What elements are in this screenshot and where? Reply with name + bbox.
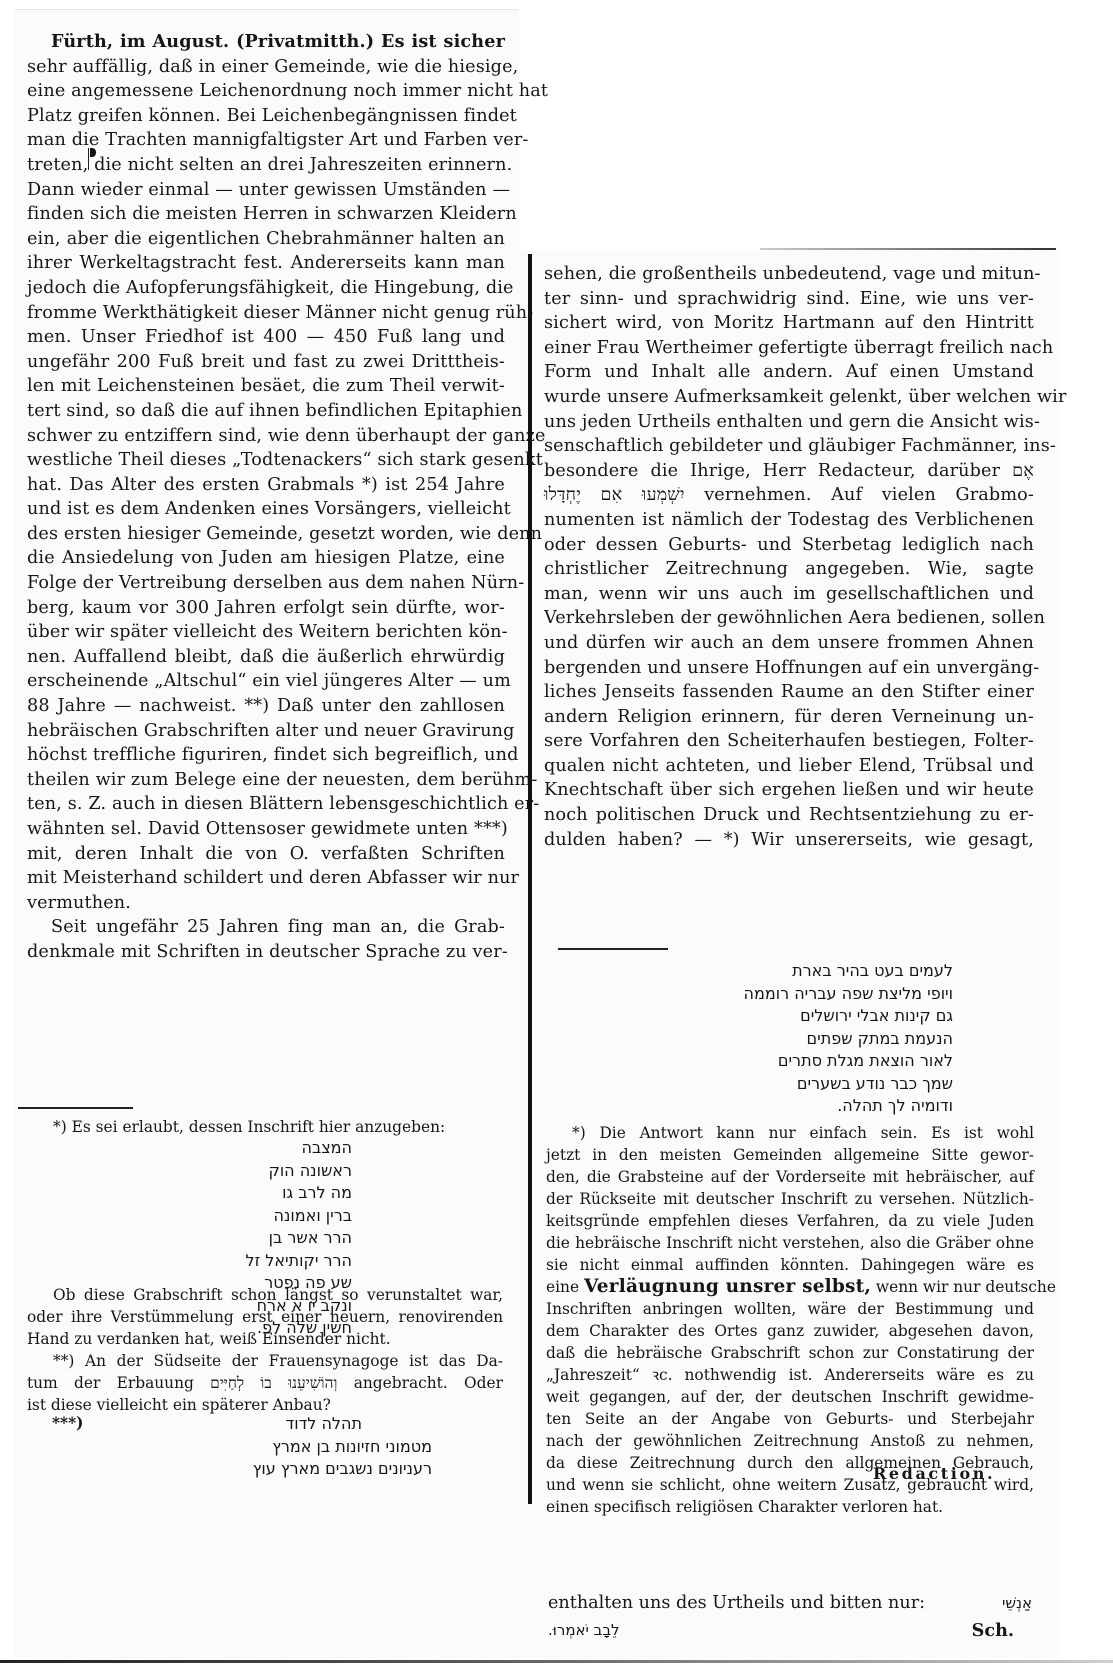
closing-text: enthalten uns des Urtheils und bitten nu… <box>548 1593 925 1613</box>
closing-lines: enthalten uns des Urtheils und bitten nu… <box>548 1590 1032 1644</box>
footnote-line: „Jahreszeit“ ꝛc. nothwendig ist. Anderer… <box>546 1364 1034 1386</box>
article-line: treten, die nicht selten an drei Jahresz… <box>27 153 505 178</box>
footnote-line: weit gegangen, auf der, der deutschen In… <box>546 1386 1034 1408</box>
scanned-newspaper-page: Fürth, im August. (Privatmitth.) Es ist … <box>0 0 1113 1671</box>
article-line: mit Meisterhand schildert und deren Abfa… <box>27 866 505 891</box>
article-line: ten, s. Z. auch in diesen Blättern leben… <box>27 792 505 817</box>
article-line: die Ansiedelung von Juden am hiesigen Pl… <box>27 546 505 571</box>
article-line: senschaftlich gebildeter und gläubiger F… <box>544 434 1034 459</box>
footnote-line: der Rückseite mit deutscher Inschrift zu… <box>546 1188 1034 1210</box>
article-line: erscheinende „Altschul“ ein viel jüngere… <box>27 669 505 694</box>
article-line: Knechtschaft über sich ergehen ließen un… <box>544 778 1034 803</box>
footnote-separator <box>558 948 668 950</box>
article-line: dulden haben? — *) Wir unsererseits, wie… <box>544 828 1034 853</box>
footnote-line: Ob diese Grabschrift schon längst so ver… <box>27 1284 503 1306</box>
article-line: nen. Auffallend bleibt, daß die äußerlic… <box>27 645 505 670</box>
article-line: finden sich die meisten Herren in schwar… <box>27 202 505 227</box>
article-line: qualen nicht achteten, und lieber Elend,… <box>544 754 1034 779</box>
article-line: sehen, die großentheils unbedeutend, vag… <box>544 262 1034 287</box>
hebrew-line: ויופי מליצת שפה עבריה רוממה <box>620 983 953 1006</box>
article-line: schwer zu entziffern sind, wie denn über… <box>27 424 505 449</box>
left-column-article: Fürth, im August. (Privatmitth.) Es ist … <box>27 30 505 965</box>
editor-signature: Redaction. <box>873 1464 995 1483</box>
closing-hebrew: לֵבָב יֹאמְרוּ. <box>548 1621 620 1639</box>
footnote-line: **) An der Südseite der Frauensynagoge i… <box>27 1350 503 1372</box>
article-line: und ist es dem Andenken eines Vorsängers… <box>27 497 505 522</box>
article-line: sere Vorfahren den Scheiterhaufen bestie… <box>544 729 1034 754</box>
editorial-footnote: *) Die Antwort kann nur einfach sein. Es… <box>546 1122 1034 1518</box>
footnote-2: **) An der Südseite der Frauensynagoge i… <box>27 1350 503 1416</box>
hebrew-line: גם קינות אבלי ירושלים <box>620 1005 953 1028</box>
footnote-line: sie nicht einmal auffinden könnten. Dahi… <box>546 1254 1034 1276</box>
article-line-spaced: christlicher Zeitrechnung angegeben. Wie… <box>544 557 1034 582</box>
hebrew-line: הרר יקותיאל זל <box>200 1250 352 1273</box>
footnote-line: tum der Erbauung וְהוֹשִׁיעֵנוּ בוֹ לְחַ… <box>27 1372 503 1394</box>
footnote-line: daß die hebräische Grabschrift schon zur… <box>546 1342 1034 1364</box>
article-line: sehr auffällig, daß in einer Gemeinde, w… <box>27 55 505 80</box>
article-line: oder dessen Geburts- und Sterbetag ledig… <box>544 533 1034 558</box>
article-line: numenten ist nämlich der Todestag des Ve… <box>544 508 1034 533</box>
hebrew-line: תהלה לדוד <box>160 1413 432 1436</box>
footnote-1-commentary: Ob diese Grabschrift schon längst so ver… <box>27 1284 503 1350</box>
article-line: mit, deren Inhalt die von O. verfaßten S… <box>27 842 505 867</box>
article-line: men. Unser Friedhof ist 400 — 450 Fuß la… <box>27 325 505 350</box>
article-line: jedoch die Aufopferungsfähigkeit, die Hi… <box>27 276 505 301</box>
footnote-1-intro: *) Es sei erlaubt, dessen Inschrift hier… <box>27 1116 503 1138</box>
article-line: denkmale mit Schriften in deutscher Spra… <box>27 940 505 965</box>
hebrew-poem: לעמים בעט בהיר בארת ויופי מליצת שפה עברי… <box>620 960 953 1118</box>
article-line: Folge der Vertreibung derselben aus dem … <box>27 571 505 596</box>
right-column-article: sehen, die großentheils unbedeutend, vag… <box>544 262 1034 852</box>
article-line: wurde unsere Aufmerksamkeit gelenkt, übe… <box>544 385 1034 410</box>
footnote-line: jetzt in den meisten Gemeinden allgemein… <box>546 1144 1034 1166</box>
article-line: einer Frau Wertheimer gefertigte überrag… <box>544 336 1034 361</box>
footnote-text: eine <box>546 1278 584 1296</box>
footnote-line: *) Es sei erlaubt, dessen Inschrift hier… <box>27 1116 503 1138</box>
article-line: bergenden und unsere Hoffnungen auf ein … <box>544 656 1034 681</box>
column-divider <box>528 254 532 1504</box>
article-dateline-line: Fürth, im August. (Privatmitth.) Es ist … <box>27 30 505 55</box>
hebrew-inscription-3: תהלה לדוד מטמוני חזיונות בן אמרץ רעניוני… <box>160 1413 432 1481</box>
footnote-line: *) Die Antwort kann nur einfach sein. Es… <box>546 1122 1034 1144</box>
article-line: fromme Werkthätigkeit dieser Männer nich… <box>27 301 505 326</box>
closing-hebrew: אַנְשֵׁי <box>1002 1590 1032 1617</box>
article-line: liches Jenseits fassenden Raume an den S… <box>544 680 1034 705</box>
hebrew-line: המצבה <box>200 1137 352 1160</box>
footnote-line: die hebräische Inschrift nicht verstehen… <box>546 1232 1034 1254</box>
article-line: besondere die Ihrige, Herr Redacteur, da… <box>544 459 1034 484</box>
article-line: ihrer Werkeltagstracht fest. Andererseit… <box>27 251 505 276</box>
top-edge-rule <box>14 9 519 10</box>
footnote-separator <box>18 1107 133 1109</box>
hebrew-line: הנעמת במתק שפתים <box>620 1028 953 1051</box>
closing-line: enthalten uns des Urtheils und bitten nu… <box>548 1590 1032 1617</box>
footnote-line: Hand zu verdanken hat, weiß Einsender ni… <box>27 1328 503 1350</box>
article-line: theilen wir zum Belege eine der neuesten… <box>27 768 505 793</box>
article-line: ter sinn- und sprachwidrig sind. Eine, w… <box>544 287 1034 312</box>
article-line: hat. Das Alter des ersten Grabmals *) is… <box>27 473 505 498</box>
hebrew-line: מטמוני חזיונות בן אמרץ <box>160 1436 432 1459</box>
footnote-text: wenn wir nur deutsche <box>871 1278 1056 1296</box>
hebrew-line: שמך כבר נודע בשערים <box>620 1073 953 1096</box>
article-line: man, wenn wir uns auch im gesellschaftli… <box>544 582 1034 607</box>
article-line: Form und Inhalt alle andern. Auf einen U… <box>544 360 1034 385</box>
article-line: andern Religion erinnern, für deren Vern… <box>544 705 1034 730</box>
footnote-emphasis-line: eine Verläugnung unsrer selbst, wenn wir… <box>546 1276 1034 1298</box>
article-line: len mit Leichensteinen besäet, die zum T… <box>27 374 505 399</box>
article-line: ein, aber die eigentlichen Chebrahmänner… <box>27 227 505 252</box>
hebrew-line: הרר אשר בן <box>200 1227 352 1250</box>
hebrew-line: מה לרב גו <box>200 1182 352 1205</box>
article-line: noch politischen Druck und Rechtsentzieh… <box>544 803 1034 828</box>
article-line: Dann wieder einmal — unter gewissen Umst… <box>27 178 505 203</box>
hebrew-line: ראשונה הוק <box>200 1160 352 1183</box>
article-line: vermuthen. <box>27 891 505 916</box>
article-line: Seit ungefähr 25 Jahren fing man an, die… <box>27 915 505 940</box>
closing-line: לֵבָב יֹאמְרוּ. <box>548 1617 1032 1644</box>
article-line: westliche Theil dieses „Todtenackers“ si… <box>27 448 505 473</box>
article-line: über wir später vielleicht des Weitern b… <box>27 620 505 645</box>
author-signature: Sch. <box>972 1617 1014 1644</box>
article-line: Platz greifen können. Bei Leichenbegängn… <box>27 104 505 129</box>
article-line: hebräischen Grabschriften alter und neue… <box>27 719 505 744</box>
right-column-top-rule <box>760 248 1056 250</box>
article-line: uns jeden Urtheils enthalten und gern di… <box>544 410 1034 435</box>
footnote-3-marker: ***) <box>52 1414 83 1432</box>
footnote-line: einen specifisch religiösen Charakter ve… <box>546 1496 1034 1518</box>
article-line: tert sind, so daß die auf ihnen befindli… <box>27 399 505 424</box>
article-line: höchst treffliche figuriren, findet sich… <box>27 743 505 768</box>
hebrew-line: רעניונים נשגבים מארץ עוץ <box>160 1458 432 1481</box>
article-line: Verkehrsleben der gewöhnlichen Aera bedi… <box>544 606 1034 631</box>
footnote-line: Inschriften anbringen wollten, wäre der … <box>546 1298 1034 1320</box>
article-line: 88 Jahre — nachweist. **) Daß unter den … <box>27 694 505 719</box>
footnote-line: ten Seite an der Angabe von Geburts- und… <box>546 1408 1034 1430</box>
bottom-edge-rule <box>0 1660 1113 1663</box>
article-line: יִשְׁמְעוּ אִם יֶחְדָּלוּ vernehmen. Auf… <box>544 483 1034 508</box>
footnote-line: keitsgründe empfehlen dieses Verfahren, … <box>546 1210 1034 1232</box>
article-line: wähnten sel. David Ottensoser gewidmete … <box>27 817 505 842</box>
emphasized-phrase: Verläugnung unsrer selbst, <box>584 1276 871 1297</box>
article-line: ungefähr 200 Fuß breit und fast zu zwei … <box>27 350 505 375</box>
footnote-line: oder ihre Verstümmelung erst einer neuer… <box>27 1306 503 1328</box>
footnote-line: den, die Grabsteine auf der Vorderseite … <box>546 1166 1034 1188</box>
article-line: man die Trachten mannigfaltigster Art un… <box>27 128 505 153</box>
hebrew-line: לעמים בעט בהיר בארת <box>620 960 953 983</box>
hebrew-line: ודומיה לך תהלה. <box>620 1095 953 1118</box>
article-line: sichert wird, von Moritz Hartmann auf de… <box>544 311 1034 336</box>
footnote-line: nach der gewöhnlichen Zeitrechnung Ansto… <box>546 1430 1034 1452</box>
footnote-line: dem Charakter des Ortes ganz zuwider, ab… <box>546 1320 1034 1342</box>
article-line: und dürfen wir auch an dem unsere fromme… <box>544 631 1034 656</box>
article-line: berg, kaum vor 300 Jahren erfolgt sein d… <box>27 596 505 621</box>
article-line: eine angemessene Leichenordnung noch imm… <box>27 79 505 104</box>
hebrew-line: לאור הוצאת מגלת סתרים <box>620 1050 953 1073</box>
hebrew-line: ברין ואמונה <box>200 1205 352 1228</box>
article-line: des ersten hiesiger Gemeinde, gesetzt wo… <box>27 522 505 547</box>
